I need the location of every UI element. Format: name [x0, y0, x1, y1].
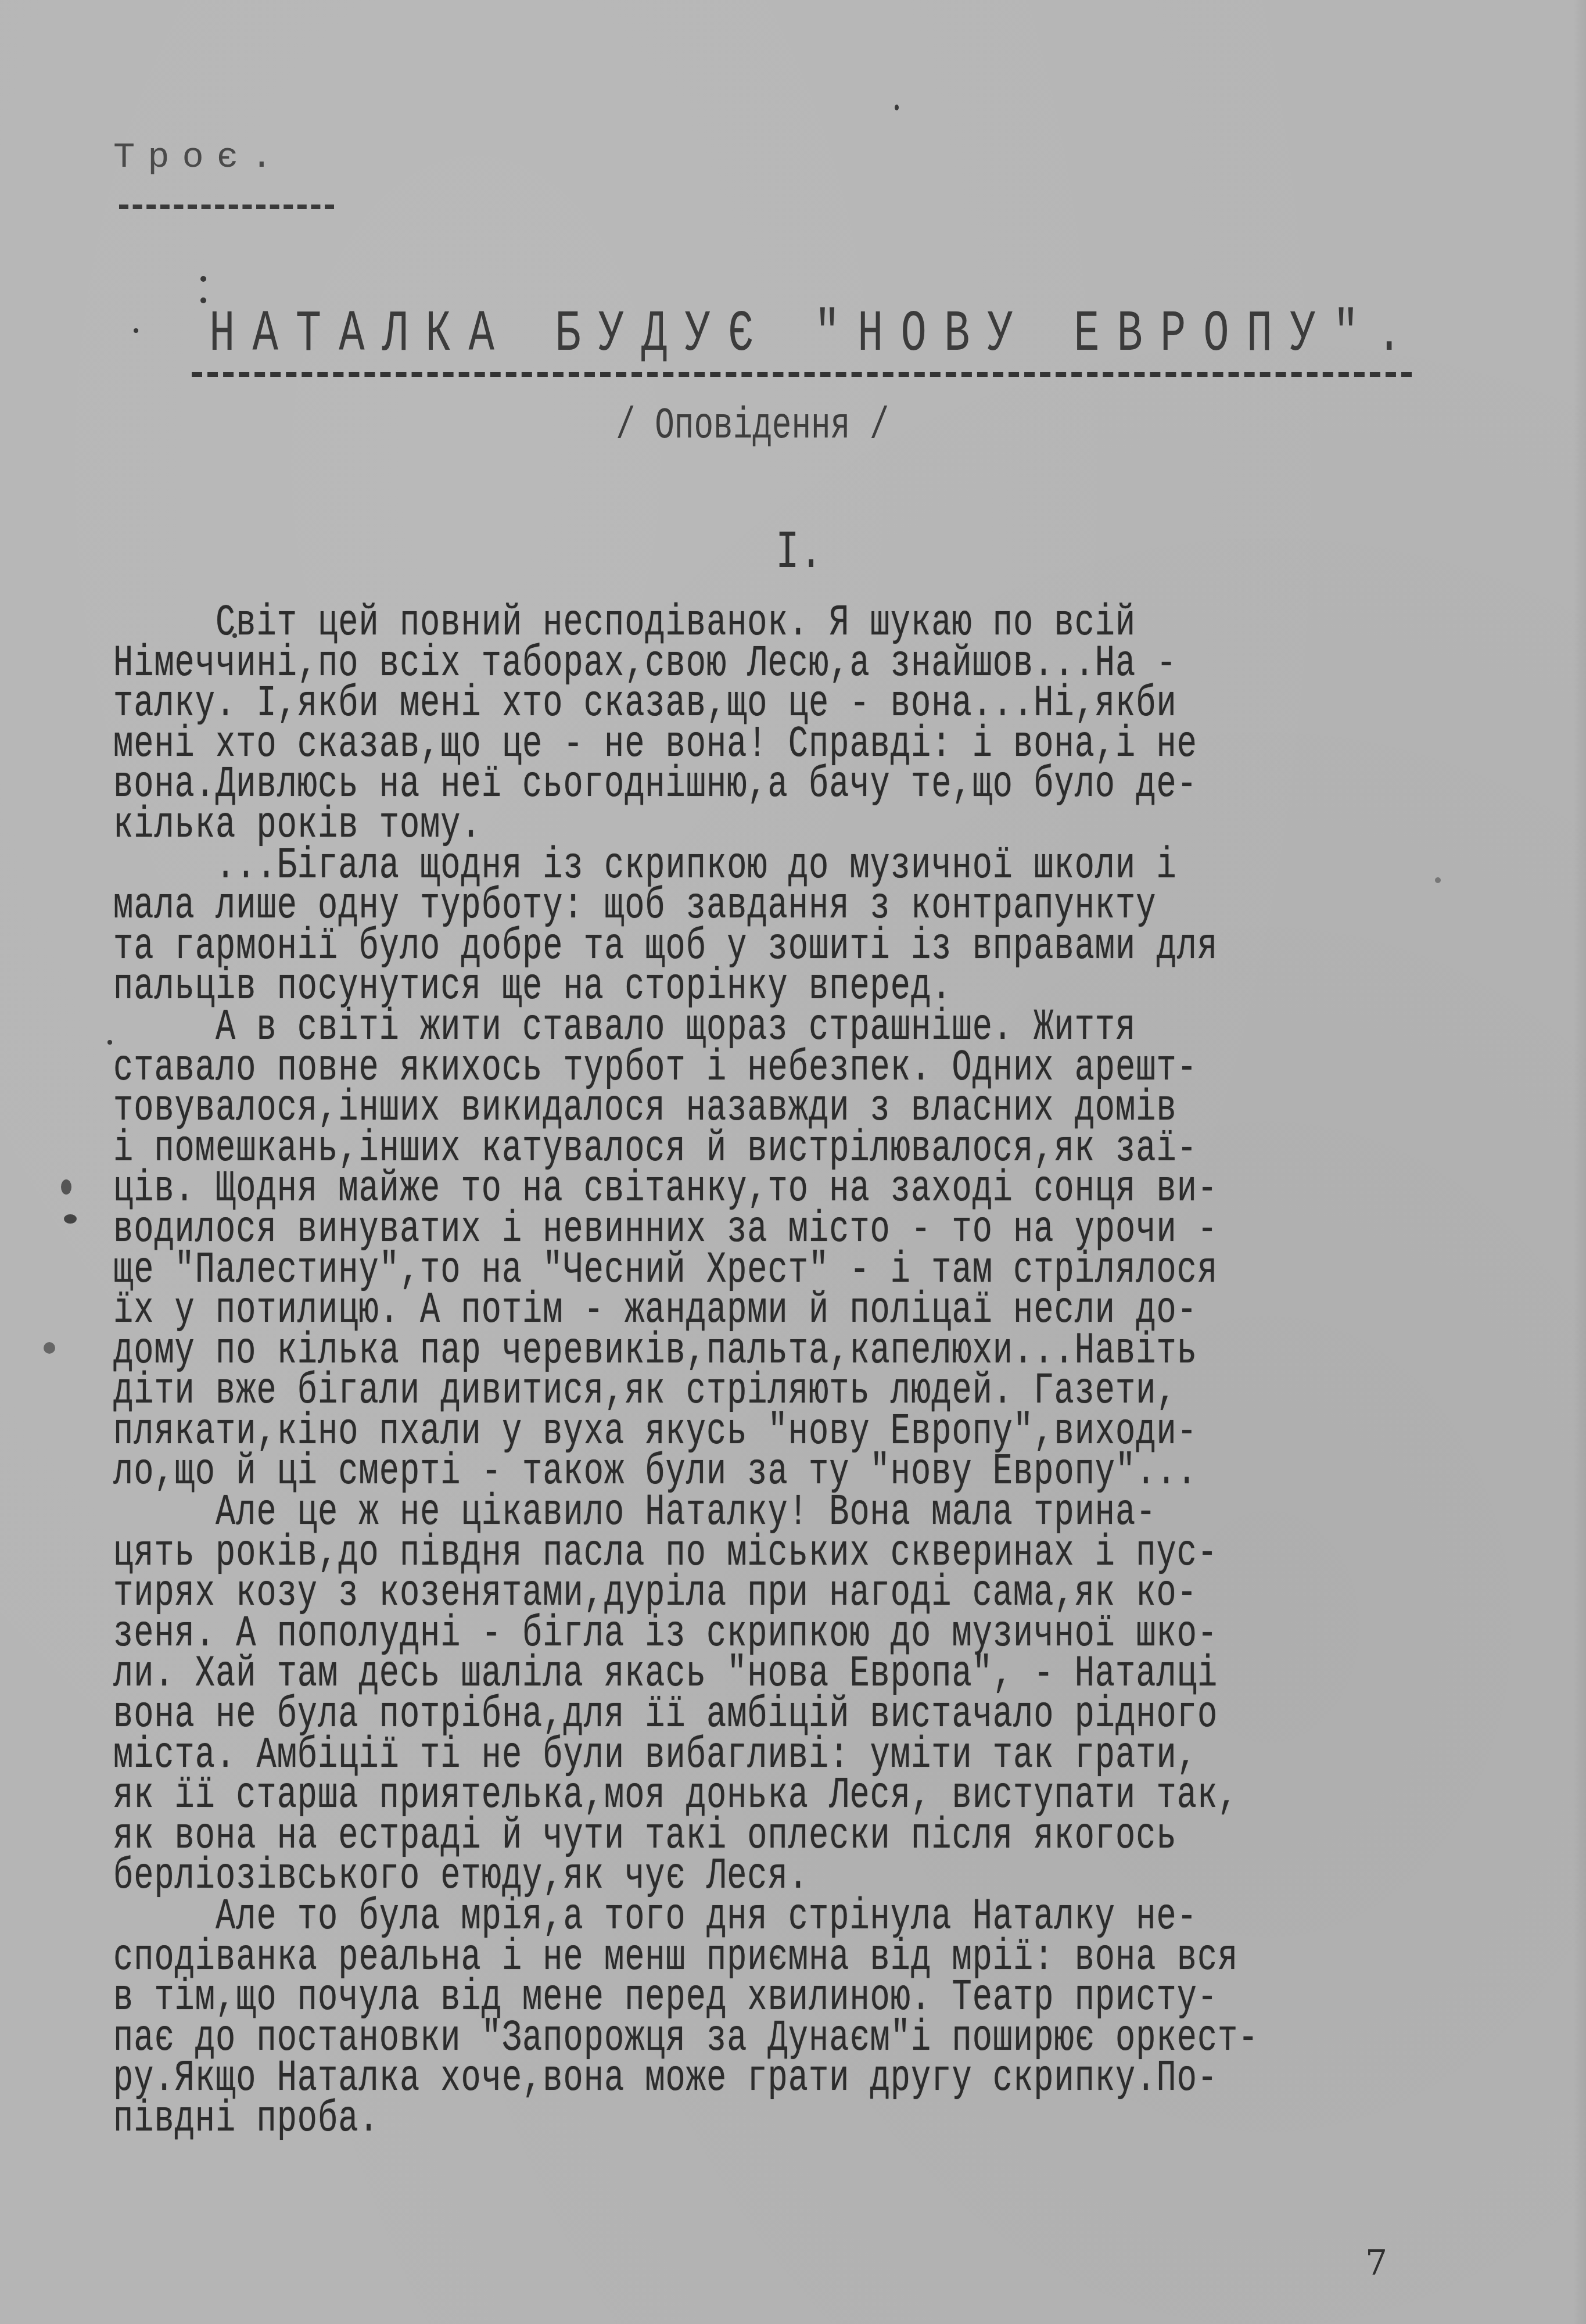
header-underline — [119, 205, 334, 209]
page-number: 7 — [1365, 2243, 1387, 2283]
story-subtitle: / Оповідення / — [616, 401, 889, 451]
ink-speck — [1435, 877, 1441, 883]
body-text: Світ цей повний несподіванок. Я шукаю по… — [113, 604, 1508, 2141]
chapter-number: I. — [776, 523, 823, 583]
ink-speck — [64, 1214, 77, 1224]
ink-speck — [44, 1342, 55, 1354]
ink-speck — [200, 297, 206, 303]
ink-speck — [895, 105, 899, 110]
ink-speck — [107, 1040, 112, 1045]
ink-speck — [232, 633, 237, 638]
title-underline — [192, 372, 1412, 377]
ink-speck — [200, 276, 206, 282]
story-title: НАТАЛКА БУДУЄ "НОВУ ЕВРОПУ". — [209, 302, 1419, 368]
ink-speck — [61, 1179, 71, 1195]
page-edge-shadow — [1573, 0, 1586, 2324]
ink-speck — [134, 328, 138, 333]
section-header: Троє. — [113, 137, 285, 178]
text-line: півдні проба. — [113, 2094, 1508, 2147]
